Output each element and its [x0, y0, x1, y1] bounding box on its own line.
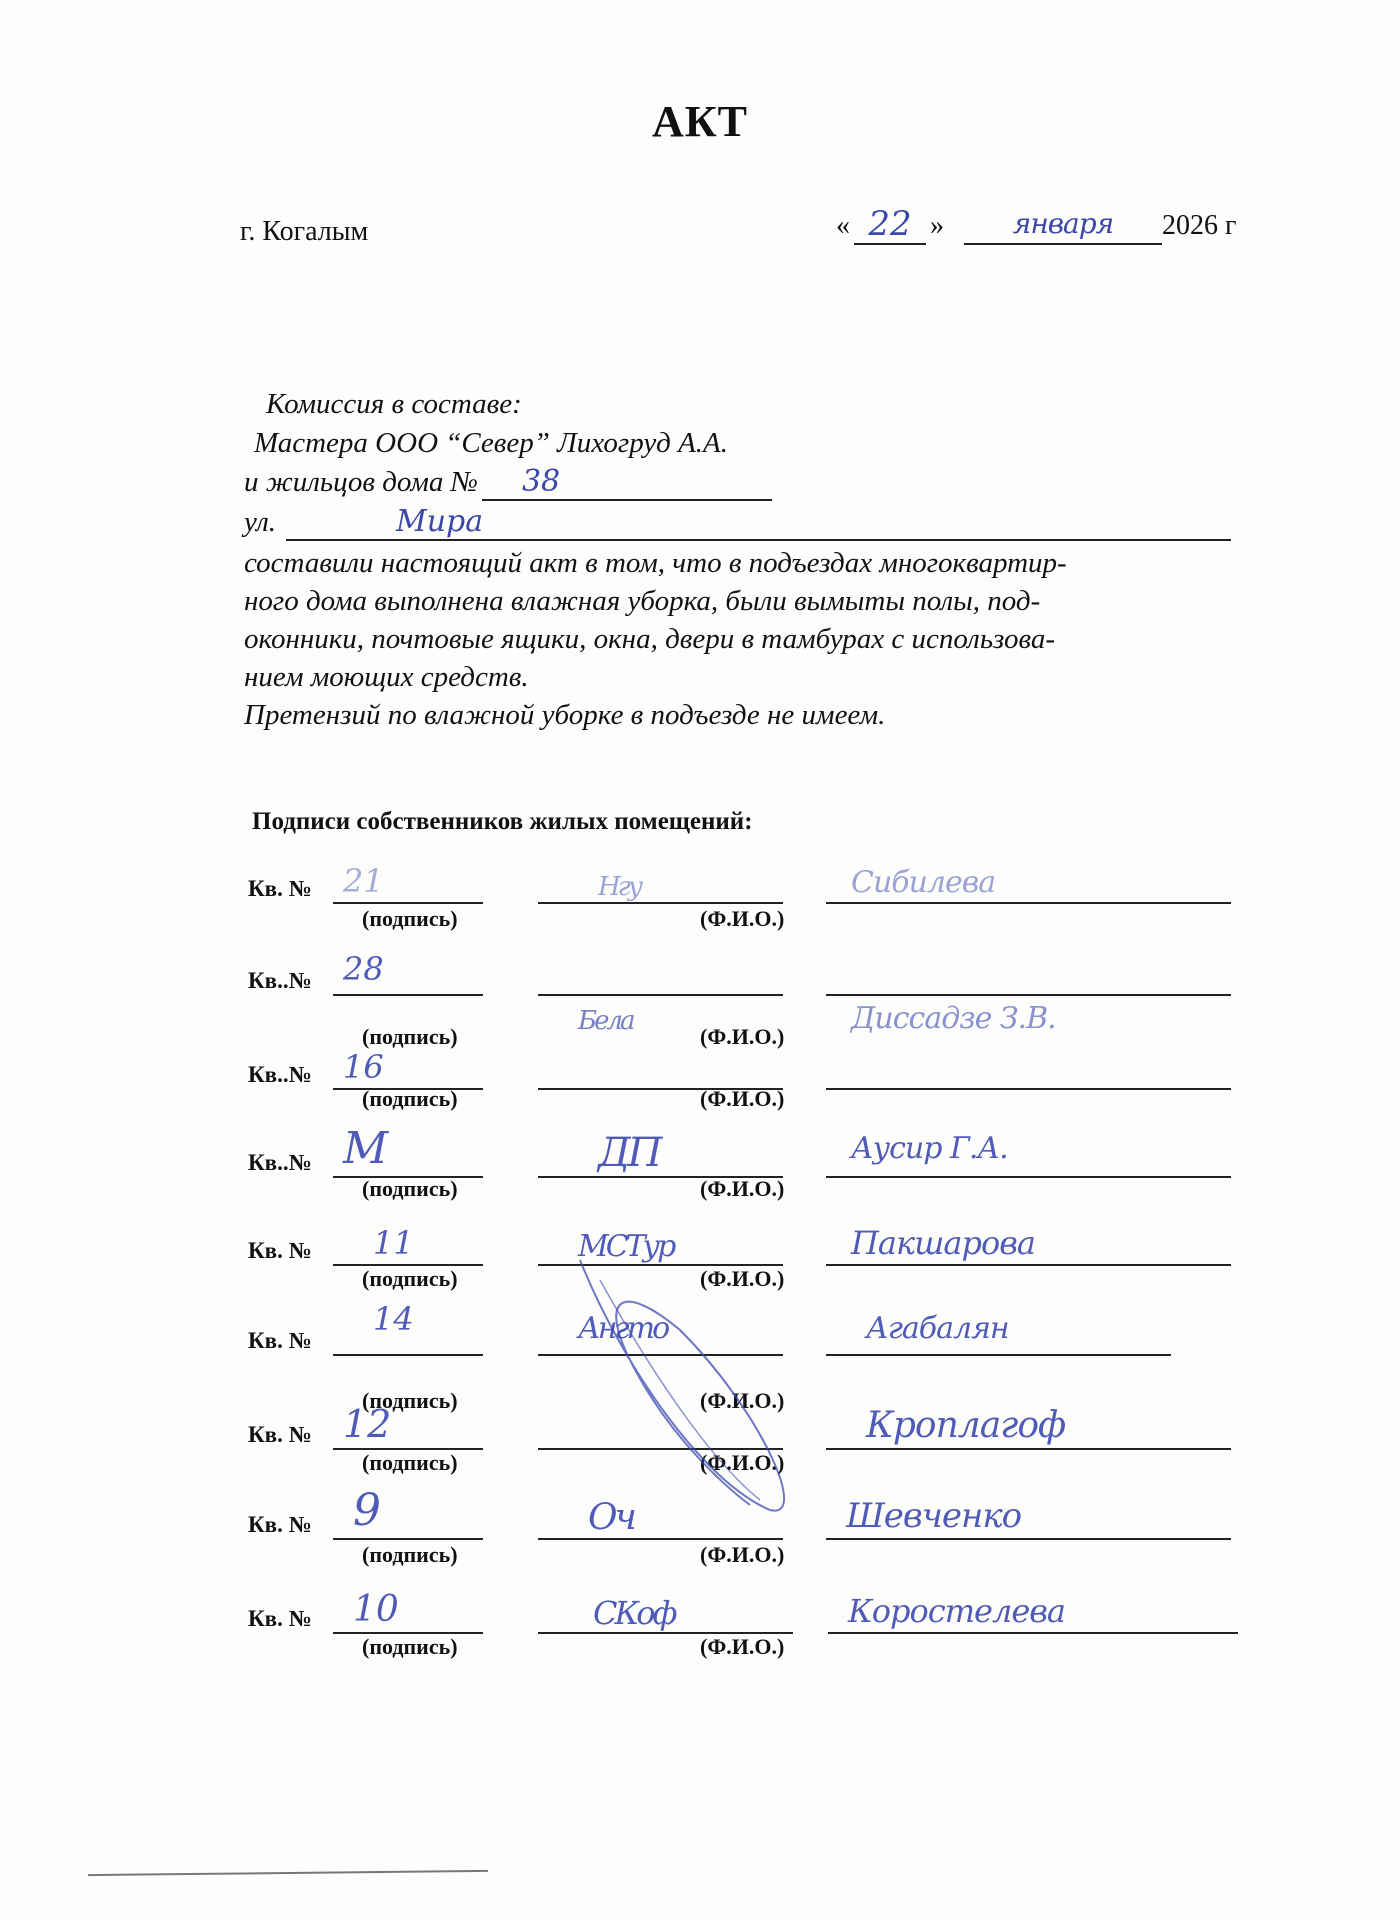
name-caption: (Ф.И.О.) — [700, 906, 784, 932]
apartment-value: 16 — [343, 1048, 384, 1086]
apartment-field: 10 — [333, 1592, 483, 1634]
signature-field: Нгу — [538, 862, 783, 904]
name-field: Коростелева — [828, 1592, 1238, 1634]
house-number-row: и жильцов дома № 38 — [244, 463, 772, 501]
date-day-field: 22 — [854, 205, 926, 245]
apartment-field: М — [333, 1136, 483, 1178]
apartment-value: 9 — [353, 1485, 381, 1536]
signature-value: Оч — [588, 1497, 634, 1538]
name-value: Агабалян — [866, 1311, 1009, 1346]
name-value: Аусир Г.А. — [851, 1131, 1008, 1166]
signature-field — [538, 1048, 783, 1090]
signature-value: ДП — [598, 1130, 659, 1176]
date-open-quote: « — [836, 207, 850, 245]
name-caption: (Ф.И.О.) — [700, 1266, 784, 1292]
signature-field: Ангто — [538, 1314, 783, 1356]
apartment-field: 28 — [333, 954, 483, 996]
apartment-label: Кв. № — [248, 1238, 312, 1264]
name-value: Сибилева — [851, 865, 995, 900]
apartment-field: 11 — [333, 1224, 483, 1266]
apartment-label: Кв. № — [248, 876, 312, 902]
master-line: Мастера ООО “Север” Лихогруд А.А. — [254, 424, 728, 462]
apartment-value: 28 — [343, 950, 384, 988]
body-line: оконники, почтовые ящики, окна, двери в … — [244, 620, 1264, 658]
apartment-label: Кв. № — [248, 1422, 312, 1448]
apartment-value: 10 — [353, 1589, 399, 1630]
signature-value: Ангто — [578, 1311, 667, 1346]
date-month-field: января — [964, 205, 1162, 245]
name-caption: (Ф.И.О.) — [700, 1086, 784, 1112]
signature-caption: (подпись) — [362, 1176, 458, 1202]
name-field — [826, 1048, 1231, 1090]
signature-field: СКоф — [538, 1592, 793, 1634]
apartment-value: 11 — [373, 1224, 414, 1262]
apartment-value: 12 — [343, 1402, 391, 1446]
house-number-field: 38 — [482, 465, 772, 501]
signature-caption: (подпись) — [362, 1450, 458, 1476]
name-field: Сибилева — [826, 862, 1231, 904]
body-line: нием моющих средств. — [244, 658, 1264, 696]
name-caption: (Ф.И.О.) — [700, 1634, 784, 1660]
name-field: Шевченко — [826, 1498, 1231, 1540]
signature-value: МСТур — [578, 1229, 673, 1264]
name-field: Аусир Г.А. — [826, 1136, 1231, 1178]
name-caption: (Ф.И.О.) — [700, 1450, 784, 1476]
signature-caption: (подпись) — [362, 1086, 458, 1112]
apartment-field: 14 — [333, 1314, 483, 1356]
street-label: ул. — [244, 503, 276, 541]
signatures-heading: Подписи собственников жилых помещений: — [252, 808, 753, 836]
apartment-label: Кв. № — [248, 1512, 312, 1538]
apartment-field: 12 — [333, 1408, 483, 1450]
signature-caption: (подпись) — [362, 1634, 458, 1660]
house-label: и жильцов дома № — [244, 463, 478, 501]
name-field: Диссадзе З.В. — [826, 954, 1231, 996]
name-caption: (Ф.И.О.) — [700, 1542, 784, 1568]
apartment-field: 21 — [333, 862, 483, 904]
date-year: 2026 г — [1162, 207, 1236, 245]
apartment-label: Кв. № — [248, 1328, 312, 1354]
document-title: АКТ — [0, 96, 1400, 147]
signature-field: Бела — [538, 954, 783, 996]
signature-field: МСТур — [538, 1224, 783, 1266]
date-close-quote: » — [930, 207, 944, 245]
signature-field: ДП — [538, 1136, 783, 1178]
signature-field — [538, 1408, 783, 1450]
apartment-field: 16 — [333, 1048, 483, 1090]
name-field: Агабалян — [826, 1314, 1171, 1356]
name-caption: (Ф.И.О.) — [700, 1176, 784, 1202]
document-date: « 22 » января 2026 г — [836, 205, 1236, 245]
signature-row: Кв..№ 28 Бела Диссадзе З.В. — [248, 930, 1248, 1010]
commission-intro: Комиссия в составе: — [266, 385, 522, 423]
apartment-label: Кв..№ — [248, 1150, 312, 1176]
name-value: Шевченко — [846, 1496, 1021, 1536]
signature-caption: (подпись) — [362, 1266, 458, 1292]
apartment-label: Кв. № — [248, 1606, 312, 1632]
body-line: ного дома выполнена влажная уборка, были… — [244, 582, 1264, 620]
signature-value: Нгу — [598, 872, 640, 902]
apartment-value: М — [343, 1123, 388, 1174]
body-line: составили настоящий акт в том, что в под… — [244, 544, 1264, 582]
apartment-label: Кв..№ — [248, 968, 312, 994]
apartment-field: 9 — [333, 1498, 483, 1540]
signature-caption: (подпись) — [362, 906, 458, 932]
name-field: Кроплагоф — [826, 1408, 1231, 1450]
name-value: Кроплагоф — [866, 1405, 1065, 1446]
signature-field: Оч — [538, 1498, 783, 1540]
apartment-value: 14 — [373, 1300, 414, 1338]
scan-edge-line — [88, 1870, 488, 1876]
name-field: Пакшарова — [826, 1224, 1231, 1266]
apartment-label: Кв..№ — [248, 1062, 312, 1088]
street-row: ул. Мира — [244, 503, 1231, 541]
signature-value: СКоф — [593, 1594, 675, 1632]
name-value: Коростелева — [848, 1592, 1065, 1630]
apartment-value: 21 — [343, 862, 384, 900]
name-value: Пакшарова — [851, 1224, 1035, 1262]
act-body: составили настоящий акт в том, что в под… — [244, 544, 1264, 734]
city: г. Когалым — [240, 216, 368, 248]
signature-caption: (подпись) — [362, 1542, 458, 1568]
street-field: Мира — [286, 505, 1231, 541]
signature-row: Кв. № 14 Ангто Агабалян — [248, 1290, 1248, 1370]
claims-statement: Претензий по влажной уборке в подъезде н… — [244, 696, 1264, 734]
